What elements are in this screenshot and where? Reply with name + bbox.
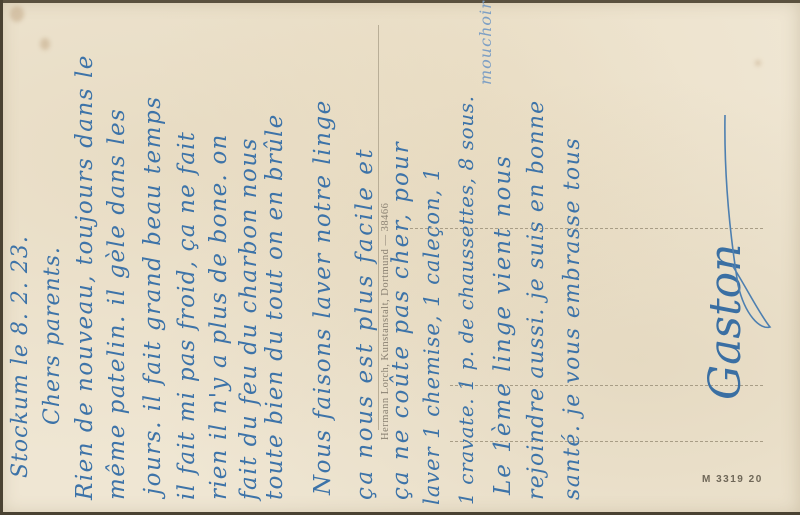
handwritten-line: Chers parents. — [40, 246, 65, 425]
handwritten-line: rien il n'y a plus de bone. on — [206, 133, 232, 500]
handwritten-line: santé. je vous embrasse tous — [560, 137, 585, 500]
margin-note: mouchoir — [476, 0, 495, 85]
stain — [10, 6, 24, 22]
handwritten-line: ça ne coûte pas cher, pour — [388, 140, 414, 500]
handwritten-line: Rien de nouveau, toujours dans le — [72, 54, 98, 500]
handwritten-line: il fait mi pas froid, ça ne fait — [174, 131, 200, 500]
card-edge-left — [0, 0, 3, 515]
handwritten-line: toute bien du tout on en brûle — [262, 114, 288, 500]
serial-number: M 3319 20 — [702, 474, 763, 485]
handwritten-line: fait du feu du charbon nous — [236, 137, 262, 500]
stain — [40, 38, 50, 50]
handwritten-line: jours. il fait grand beau temps — [140, 95, 166, 495]
stain — [755, 60, 761, 66]
postcard-back: Hermann Lorch, Kunstanstalt, Dortmund — … — [0, 0, 800, 515]
handwritten-line: ça nous est plus facile et — [352, 147, 378, 500]
center-divider-line — [378, 25, 379, 430]
handwritten-line: Stockum le 8. 2. 23. — [8, 235, 33, 478]
signature-flourish — [720, 115, 780, 335]
handwritten-line: 1 cravate. 1 p. de chaussettes, 8 sous. — [454, 95, 478, 505]
handwritten-line: rejoindre aussi. je suis en bonne — [524, 100, 549, 500]
handwritten-line: même patelin. il gèle dans les — [104, 108, 130, 500]
handwritten-line: laver 1 chemise, 1 caleçon, 1 — [420, 167, 444, 505]
card-edge-top — [0, 0, 800, 3]
handwritten-line: Nous faisons laver notre linge — [310, 99, 336, 495]
handwritten-line: Le 1ème linge vient nous — [490, 154, 516, 495]
